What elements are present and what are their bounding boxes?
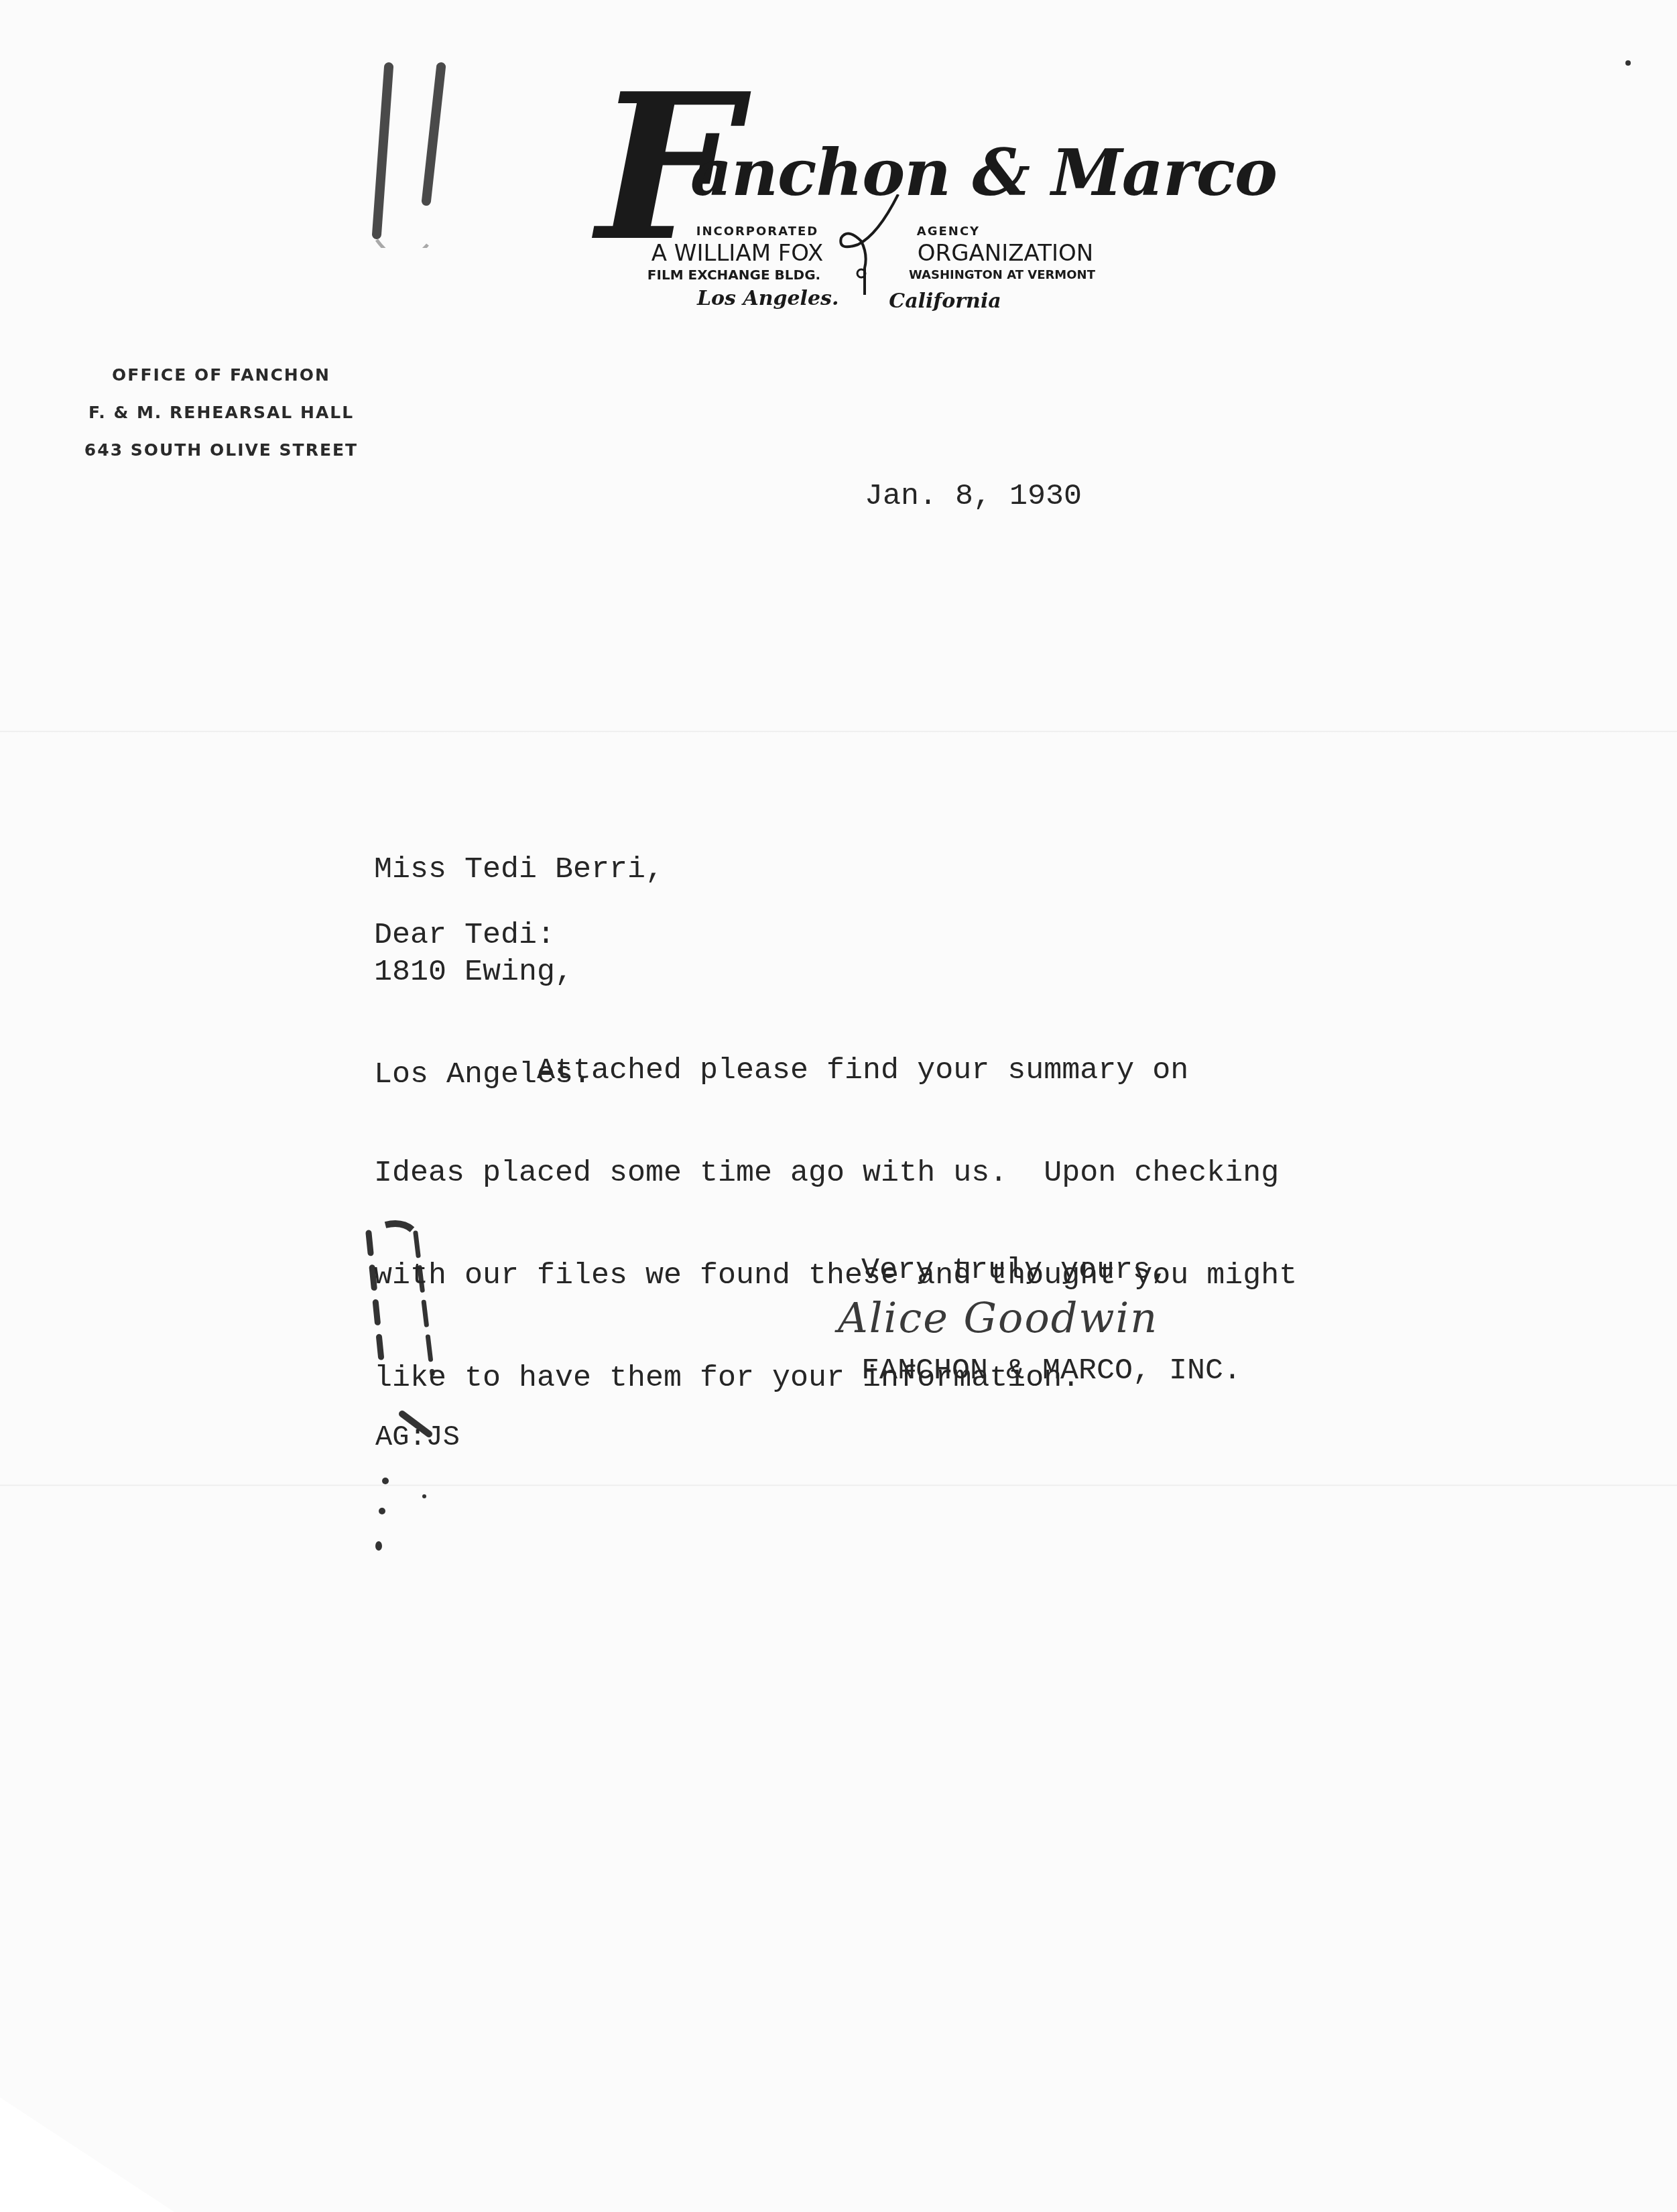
office-line: F. & M. REHEARSAL HALL: [74, 403, 369, 422]
william-fox-line: A WILLIAM FOX: [643, 240, 831, 267]
letter-body: Attached please find your summary on Ide…: [374, 985, 1297, 1463]
washington-address: WASHINGTON AT VERMONT: [888, 268, 1116, 282]
company-signature-line: FANCHON & MARCO, INC.: [861, 1354, 1241, 1388]
brand-name: anchon & Marco: [664, 141, 1277, 205]
paperclip-mark-icon: [369, 27, 449, 248]
office-line: 643 SOUTH OLIVE STREET: [74, 440, 369, 460]
letter-date: Jan. 8, 1930: [865, 479, 1082, 513]
body-line: Ideas placed some time ago with us. Upon…: [374, 1156, 1297, 1190]
organization-line: ORGANIZATION: [891, 240, 1119, 267]
salutation: Dear Tedi:: [374, 918, 555, 952]
letter-page: F anchon & Marco INCORPORATED AGENCY A W…: [0, 0, 1677, 2212]
fold-line: [0, 730, 1677, 732]
fold-line: [0, 1484, 1677, 1486]
recipient-street: 1810 Ewing,: [374, 955, 664, 989]
reference-initials: AG:JS: [375, 1421, 460, 1455]
handwritten-signature: Alice Goodwin: [838, 1293, 1158, 1342]
flourish-loop-icon: [831, 194, 905, 302]
incorporated-label: INCORPORATED: [690, 224, 824, 239]
closing: Very truly yours,: [861, 1253, 1169, 1287]
office-address-block: OFFICE OF FANCHON F. & M. REHEARSAL HALL…: [74, 365, 369, 478]
body-line: Attached please find your summary on: [374, 1053, 1297, 1088]
film-exchange-address: FILM EXCHANGE BLDG.: [643, 267, 824, 283]
los-angeles-label: Los Angeles.: [697, 287, 804, 310]
agency-label: AGENCY: [905, 224, 992, 239]
recipient-name: Miss Tedi Berri,: [374, 852, 664, 887]
office-line: OFFICE OF FANCHON: [74, 365, 369, 385]
letterhead: F anchon & Marco INCORPORATED AGENCY A W…: [576, 80, 1126, 302]
